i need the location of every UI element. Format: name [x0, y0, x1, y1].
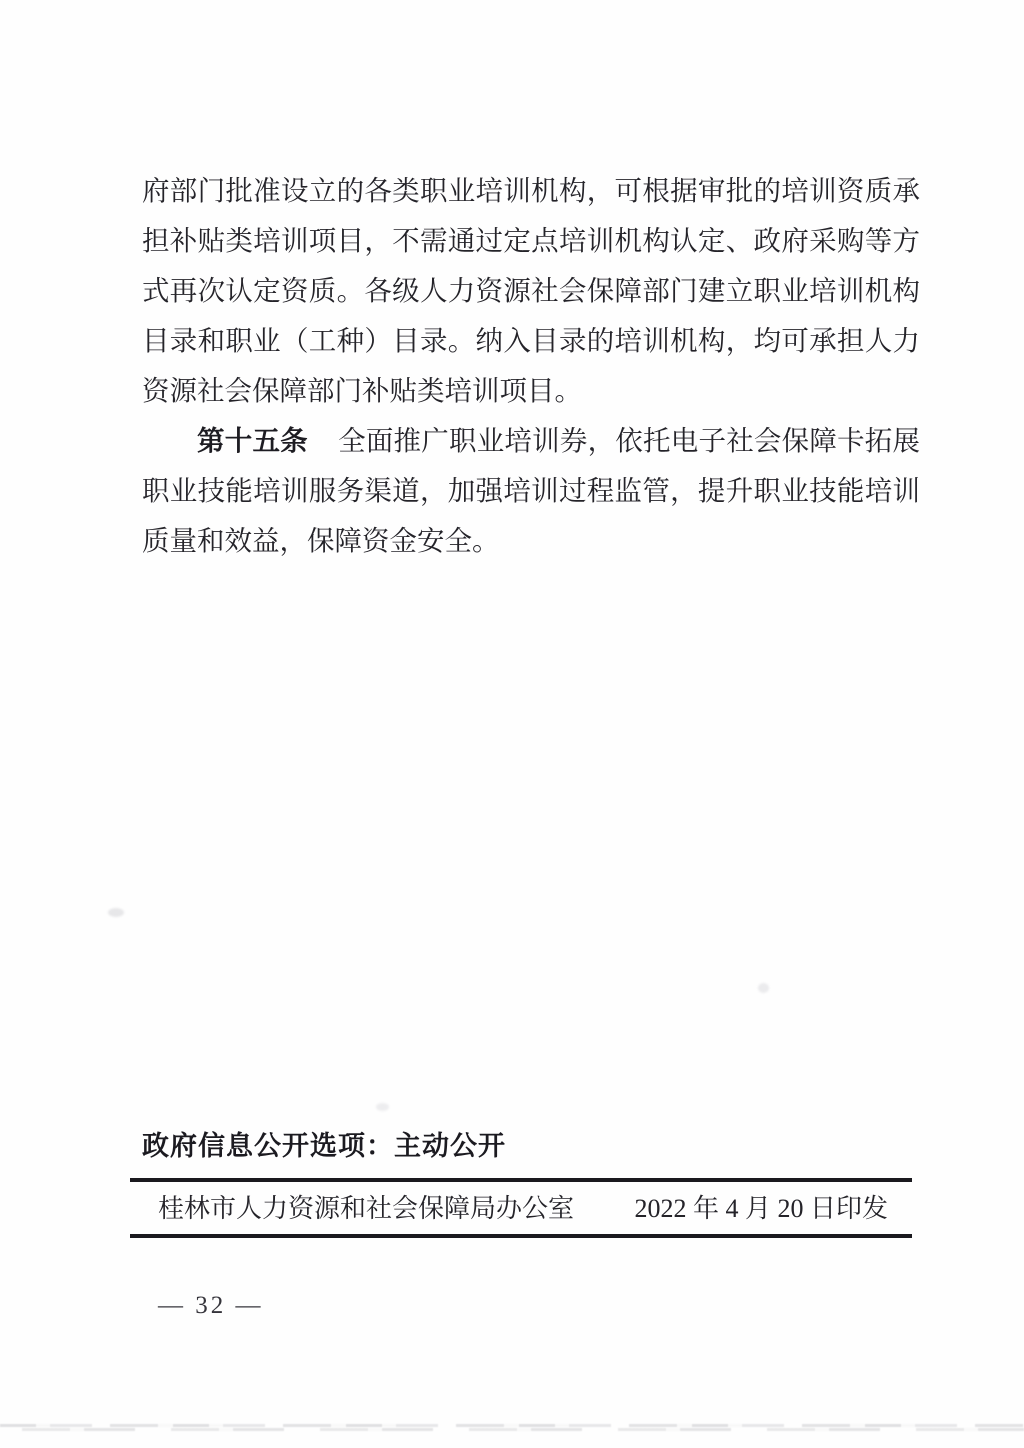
footer-rule-top — [130, 1178, 912, 1182]
footer-rule-bottom — [130, 1234, 912, 1238]
body-line: 质量和效益，保障资金安全。 — [142, 516, 920, 566]
body-line: 职业技能培训服务渠道，加强培训过程监管，提升职业技能培训 — [142, 466, 920, 516]
body-line: 资源社会保障部门补贴类培训项目。 — [142, 366, 920, 416]
scan-noise-stripe — [0, 1424, 1024, 1427]
scan-noise-stripe — [0, 1428, 1024, 1431]
clause-number-label: 第十五条 — [197, 425, 308, 456]
scan-speck — [108, 908, 124, 917]
scan-noise-band — [0, 1423, 1024, 1433]
scan-speck — [758, 983, 769, 993]
issuing-office-name: 桂林市人力资源和社会保障局办公室 — [158, 1190, 574, 1228]
document-body: 府部门批准设立的各类职业培训机构，可根据审批的培训资质承 担补贴类培训项目，不需… — [142, 166, 920, 566]
body-line: 担补贴类培训项目，不需通过定点培训机构认定、政府采购等方 — [142, 216, 920, 266]
body-line-clause: 第十五条全面推广职业培训券，依托电子社会保障卡拓展 — [142, 416, 920, 466]
body-line: 式再次认定资质。各级人力资源社会保障部门建立职业培训机构 — [142, 266, 920, 316]
disclosure-option-label: 政府信息公开选项：主动公开 — [142, 1126, 506, 1166]
page-number: — 32 — — [158, 1292, 264, 1320]
clause-text: 全面推广职业培训券，依托电子社会保障卡拓展 — [338, 425, 920, 456]
body-line: 府部门批准设立的各类职业培训机构，可根据审批的培训资质承 — [142, 166, 920, 216]
print-date: 2022 年 4 月 20 日印发 — [634, 1190, 888, 1228]
scanned-document-page: 府部门批准设立的各类职业培训机构，可根据审批的培训资质承 担补贴类培训项目，不需… — [0, 0, 1024, 1448]
scan-speck — [376, 1103, 389, 1111]
body-line: 目录和职业（工种）目录。纳入目录的培训机构，均可承担人力 — [142, 316, 920, 366]
issuer-row: 桂林市人力资源和社会保障局办公室 2022 年 4 月 20 日印发 — [130, 1190, 912, 1228]
